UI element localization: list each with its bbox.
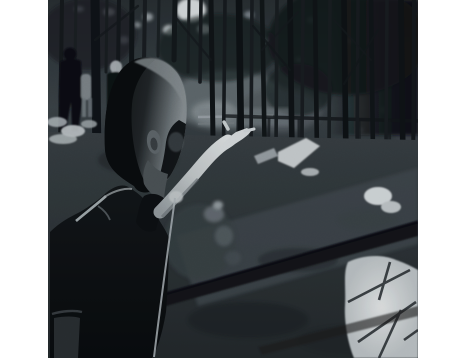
page-background: Grainy monochrome photograph: a balding … bbox=[0, 0, 450, 360]
photograph: Grainy monochrome photograph: a balding … bbox=[48, 0, 418, 358]
film-grain-overlay bbox=[48, 0, 418, 358]
photo-finish bbox=[48, 0, 418, 358]
